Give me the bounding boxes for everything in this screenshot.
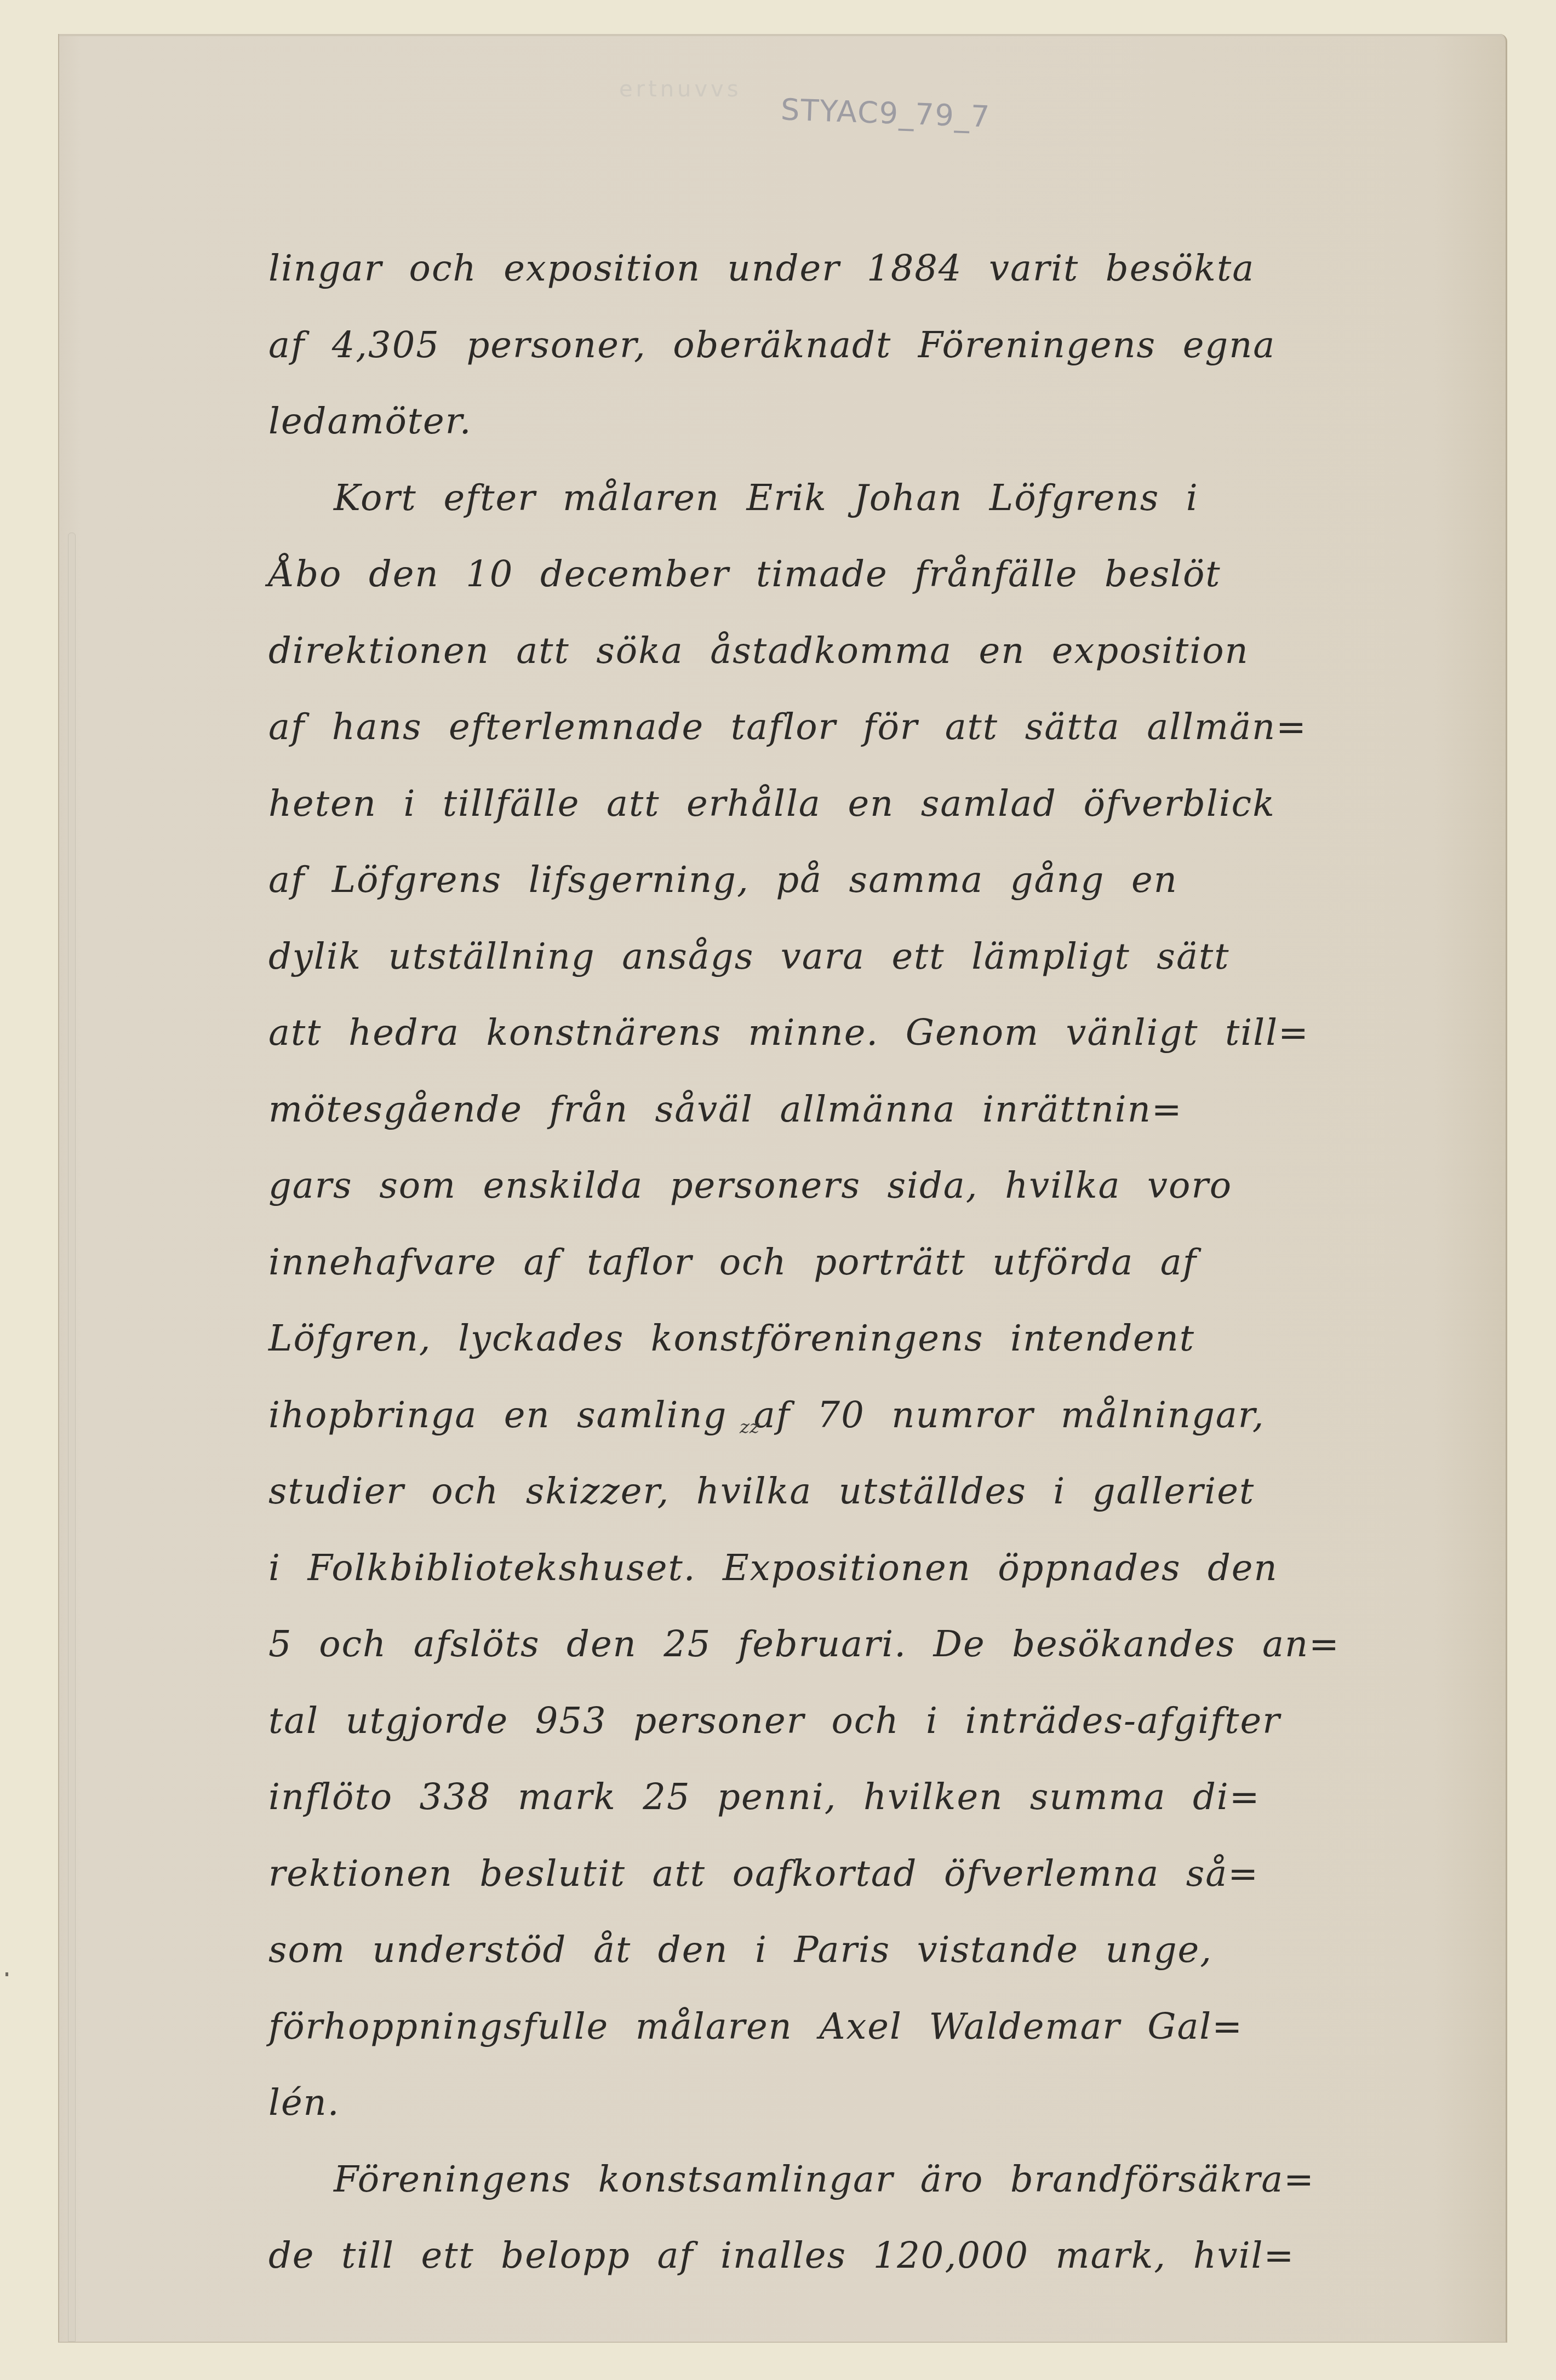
text-line: af Löfgrens lifsgerning, på samma gång e… [268, 853, 1490, 929]
text-line: som understöd åt den i Paris vistande un… [268, 1923, 1490, 1999]
archive-reference-number: STYAC9_79_7 [780, 92, 991, 134]
text-line: lén. [268, 2075, 1490, 2152]
text-line: förhoppningsfulle målaren Axel Waldemar … [268, 1999, 1490, 2076]
paragraph-start-line: Kort efter målaren Erik Johan Löfgrens i [268, 471, 1490, 547]
text-line: af 4,305 personer, oberäknadt Föreningen… [268, 318, 1490, 394]
faint-pencil-note: ertnuvvs [619, 77, 742, 102]
text-line: i Folkbibliotekshuset. Expositionen öppn… [268, 1541, 1490, 1617]
text-line: 5 och afslöts den 25 februari. De besöka… [268, 1617, 1490, 1694]
text-line: af hans efterlemnade taflor för att sätt… [268, 700, 1490, 776]
text-line: rektionen beslutit att oafkortad öfverle… [268, 1846, 1490, 1923]
text-line: inflöto 338 mark 25 penni, hvilken summa… [268, 1770, 1490, 1846]
interlinear-correction-mark: zz [740, 1416, 759, 1438]
text-line: innehafvare af taflor och porträtt utför… [268, 1235, 1490, 1312]
text-line: att hedra konstnärens minne. Genom vänli… [268, 1005, 1490, 1082]
text-line: ihopbringa en samling af 70 numror målni… [268, 1388, 1490, 1464]
text-line: dylik utställning ansågs vara ett lämpli… [268, 929, 1490, 1006]
text-line: lingar och exposition under 1884 varit b… [268, 241, 1490, 318]
text-line: ledamöter. [268, 394, 1490, 471]
text-line: tal utgjorde 953 personer och i inträdes… [268, 1694, 1490, 1770]
text-line: de till ett belopp af inalles 120,000 ma… [268, 2228, 1490, 2305]
text-line: Åbo den 10 december timade frånfälle bes… [268, 547, 1490, 623]
text-line: mötesgående från såväl allmänna inrättni… [268, 1082, 1490, 1159]
binding-thread [68, 533, 76, 2342]
text-line: studier och skizzer, hvilka utställdes i… [268, 1464, 1490, 1541]
paragraph-start-line: Föreningens konstsamlingar äro brandförs… [268, 2152, 1490, 2229]
text-line: heten i tillfälle att erhålla en samlad … [268, 776, 1490, 853]
text-line: direktionen att söka åstadkomma en expos… [268, 623, 1490, 700]
text-line: gars som enskilda personers sida, hvilka… [268, 1158, 1490, 1235]
text-line: Löfgren, lyckades konstföreningens inten… [268, 1311, 1490, 1388]
handwritten-text-body: lingar och exposition under 1884 varit b… [268, 241, 1501, 2305]
margin-mark [5, 1972, 8, 1976]
